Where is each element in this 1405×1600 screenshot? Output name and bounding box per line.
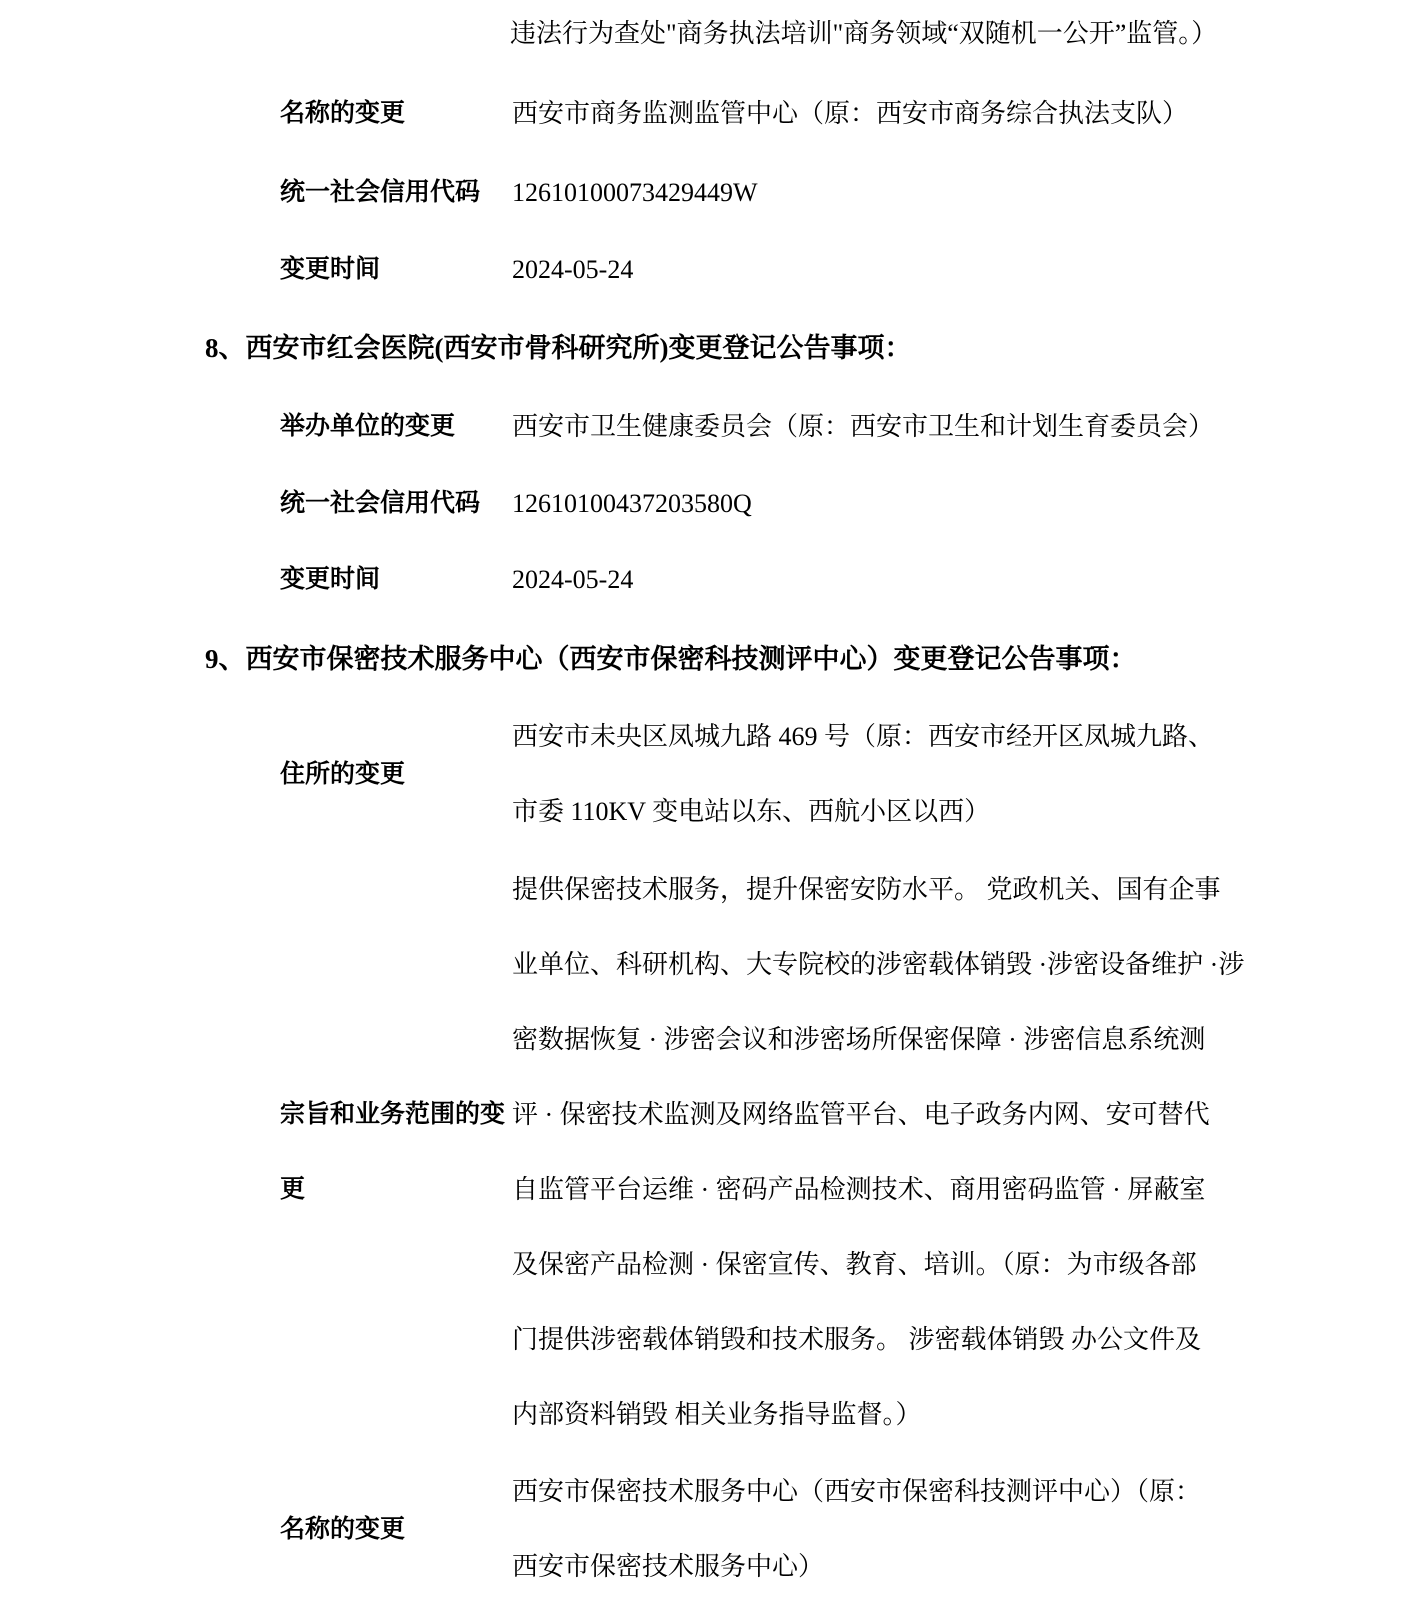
value-line: 2024-05-24 — [512, 542, 633, 617]
value-line: 自监管平台运维 · 密码产品检测技术、商用密码监管 · 屏蔽室 — [512, 1152, 1244, 1227]
field-label: 名称的变更 — [280, 1492, 512, 1567]
field-row-organizer-change: 举办单位的变更 西安市卫生健康委员会（原：西安市卫生和计划生育委员会） — [280, 389, 1214, 464]
section-heading-8: 8、西安市红会医院(西安市骨科研究所)变更登记公告事项： — [205, 311, 911, 386]
field-row-name-change: 名称的变更 西安市商务监测监管中心（原：西安市商务综合执法支队） — [280, 76, 1188, 151]
field-row-address-change: 住所的变更 西安市未央区凤城九路 469 号（原：西安市经开区凤城九路、 市委 … — [280, 699, 1214, 849]
field-row-credit-code: 统一社会信用代码 12610100437203580Q — [280, 466, 752, 541]
value-line: 西安市保密技术服务中心（西安市保密科技测评中心）（原： — [512, 1454, 1201, 1529]
value-line: 西安市保密技术服务中心） — [512, 1529, 1201, 1600]
field-value: 2024-05-24 — [512, 232, 633, 307]
field-value: 西安市商务监测监管中心（原：西安市商务综合执法支队） — [512, 76, 1188, 151]
field-row-change-date: 变更时间 2024-05-24 — [280, 542, 633, 617]
field-value: 西安市保密技术服务中心（西安市保密科技测评中心）（原： 西安市保密技术服务中心） — [512, 1454, 1201, 1600]
field-row-scope-change: 宗旨和业务范围的变更 提供保密技术服务，提升保密安防水平。 党政机关、国有企事 … — [280, 852, 1244, 1452]
field-value: 12610100437203580Q — [512, 466, 752, 541]
field-value: 西安市未央区凤城九路 469 号（原：西安市经开区凤城九路、 市委 110KV … — [512, 699, 1214, 849]
document-page: 违法行为查处"商务执法培训"商务领域“双随机一公开”监管。） 名称的变更 西安市… — [0, 0, 1405, 1600]
field-label: 举办单位的变更 — [280, 389, 512, 464]
field-label: 住所的变更 — [280, 737, 512, 812]
value-line: 提供保密技术服务，提升保密安防水平。 党政机关、国有企事 — [512, 852, 1244, 927]
value-line: 西安市未央区凤城九路 469 号（原：西安市经开区凤城九路、 — [512, 699, 1214, 774]
field-label: 宗旨和业务范围的变更 — [280, 1077, 512, 1227]
section-heading-9: 9、西安市保密技术服务中心（西安市保密科技测评中心）变更登记公告事项： — [205, 622, 1137, 697]
value-line: 西安市商务监测监管中心（原：西安市商务综合执法支队） — [512, 76, 1188, 151]
field-value: 12610100073429449W — [512, 155, 758, 230]
value-line: 门提供涉密载体销毁和技术服务。 涉密载体销毁 办公文件及 — [512, 1302, 1244, 1377]
field-value: 西安市卫生健康委员会（原：西安市卫生和计划生育委员会） — [512, 389, 1214, 464]
value-line: 12610100437203580Q — [512, 466, 752, 541]
field-row-name-change: 名称的变更 西安市保密技术服务中心（西安市保密科技测评中心）（原： 西安市保密技… — [280, 1454, 1201, 1600]
continuation-line: 违法行为查处"商务执法培训"商务领域“双随机一公开”监管。） — [510, 0, 1217, 71]
value-line: 12610100073429449W — [512, 155, 758, 230]
field-row-credit-code: 统一社会信用代码 12610100073429449W — [280, 155, 758, 230]
field-label: 统一社会信用代码 — [280, 466, 512, 541]
value-line: 内部资料销毁 相关业务指导监督。） — [512, 1377, 1244, 1452]
value-line: 及保密产品检测 · 保密宣传、教育、培训。（原：为市级各部 — [512, 1227, 1244, 1302]
field-label: 变更时间 — [280, 232, 512, 307]
value-line: 业单位、科研机构、大专院校的涉密载体销毁 ·涉密设备维护 ·涉 — [512, 927, 1244, 1002]
value-line: 评 · 保密技术监测及网络监管平台、电子政务内网、安可替代 — [512, 1077, 1244, 1152]
field-label: 变更时间 — [280, 542, 512, 617]
value-line: 西安市卫生健康委员会（原：西安市卫生和计划生育委员会） — [512, 389, 1214, 464]
field-label: 统一社会信用代码 — [280, 155, 512, 230]
value-line: 2024-05-24 — [512, 232, 633, 307]
value-line: 密数据恢复 · 涉密会议和涉密场所保密保障 · 涉密信息系统测 — [512, 1002, 1244, 1077]
field-row-change-date: 变更时间 2024-05-24 — [280, 232, 633, 307]
value-line: 市委 110KV 变电站以东、西航小区以西） — [512, 774, 1214, 849]
field-value: 提供保密技术服务，提升保密安防水平。 党政机关、国有企事 业单位、科研机构、大专… — [512, 852, 1244, 1452]
field-value: 2024-05-24 — [512, 542, 633, 617]
field-label: 名称的变更 — [280, 76, 512, 151]
